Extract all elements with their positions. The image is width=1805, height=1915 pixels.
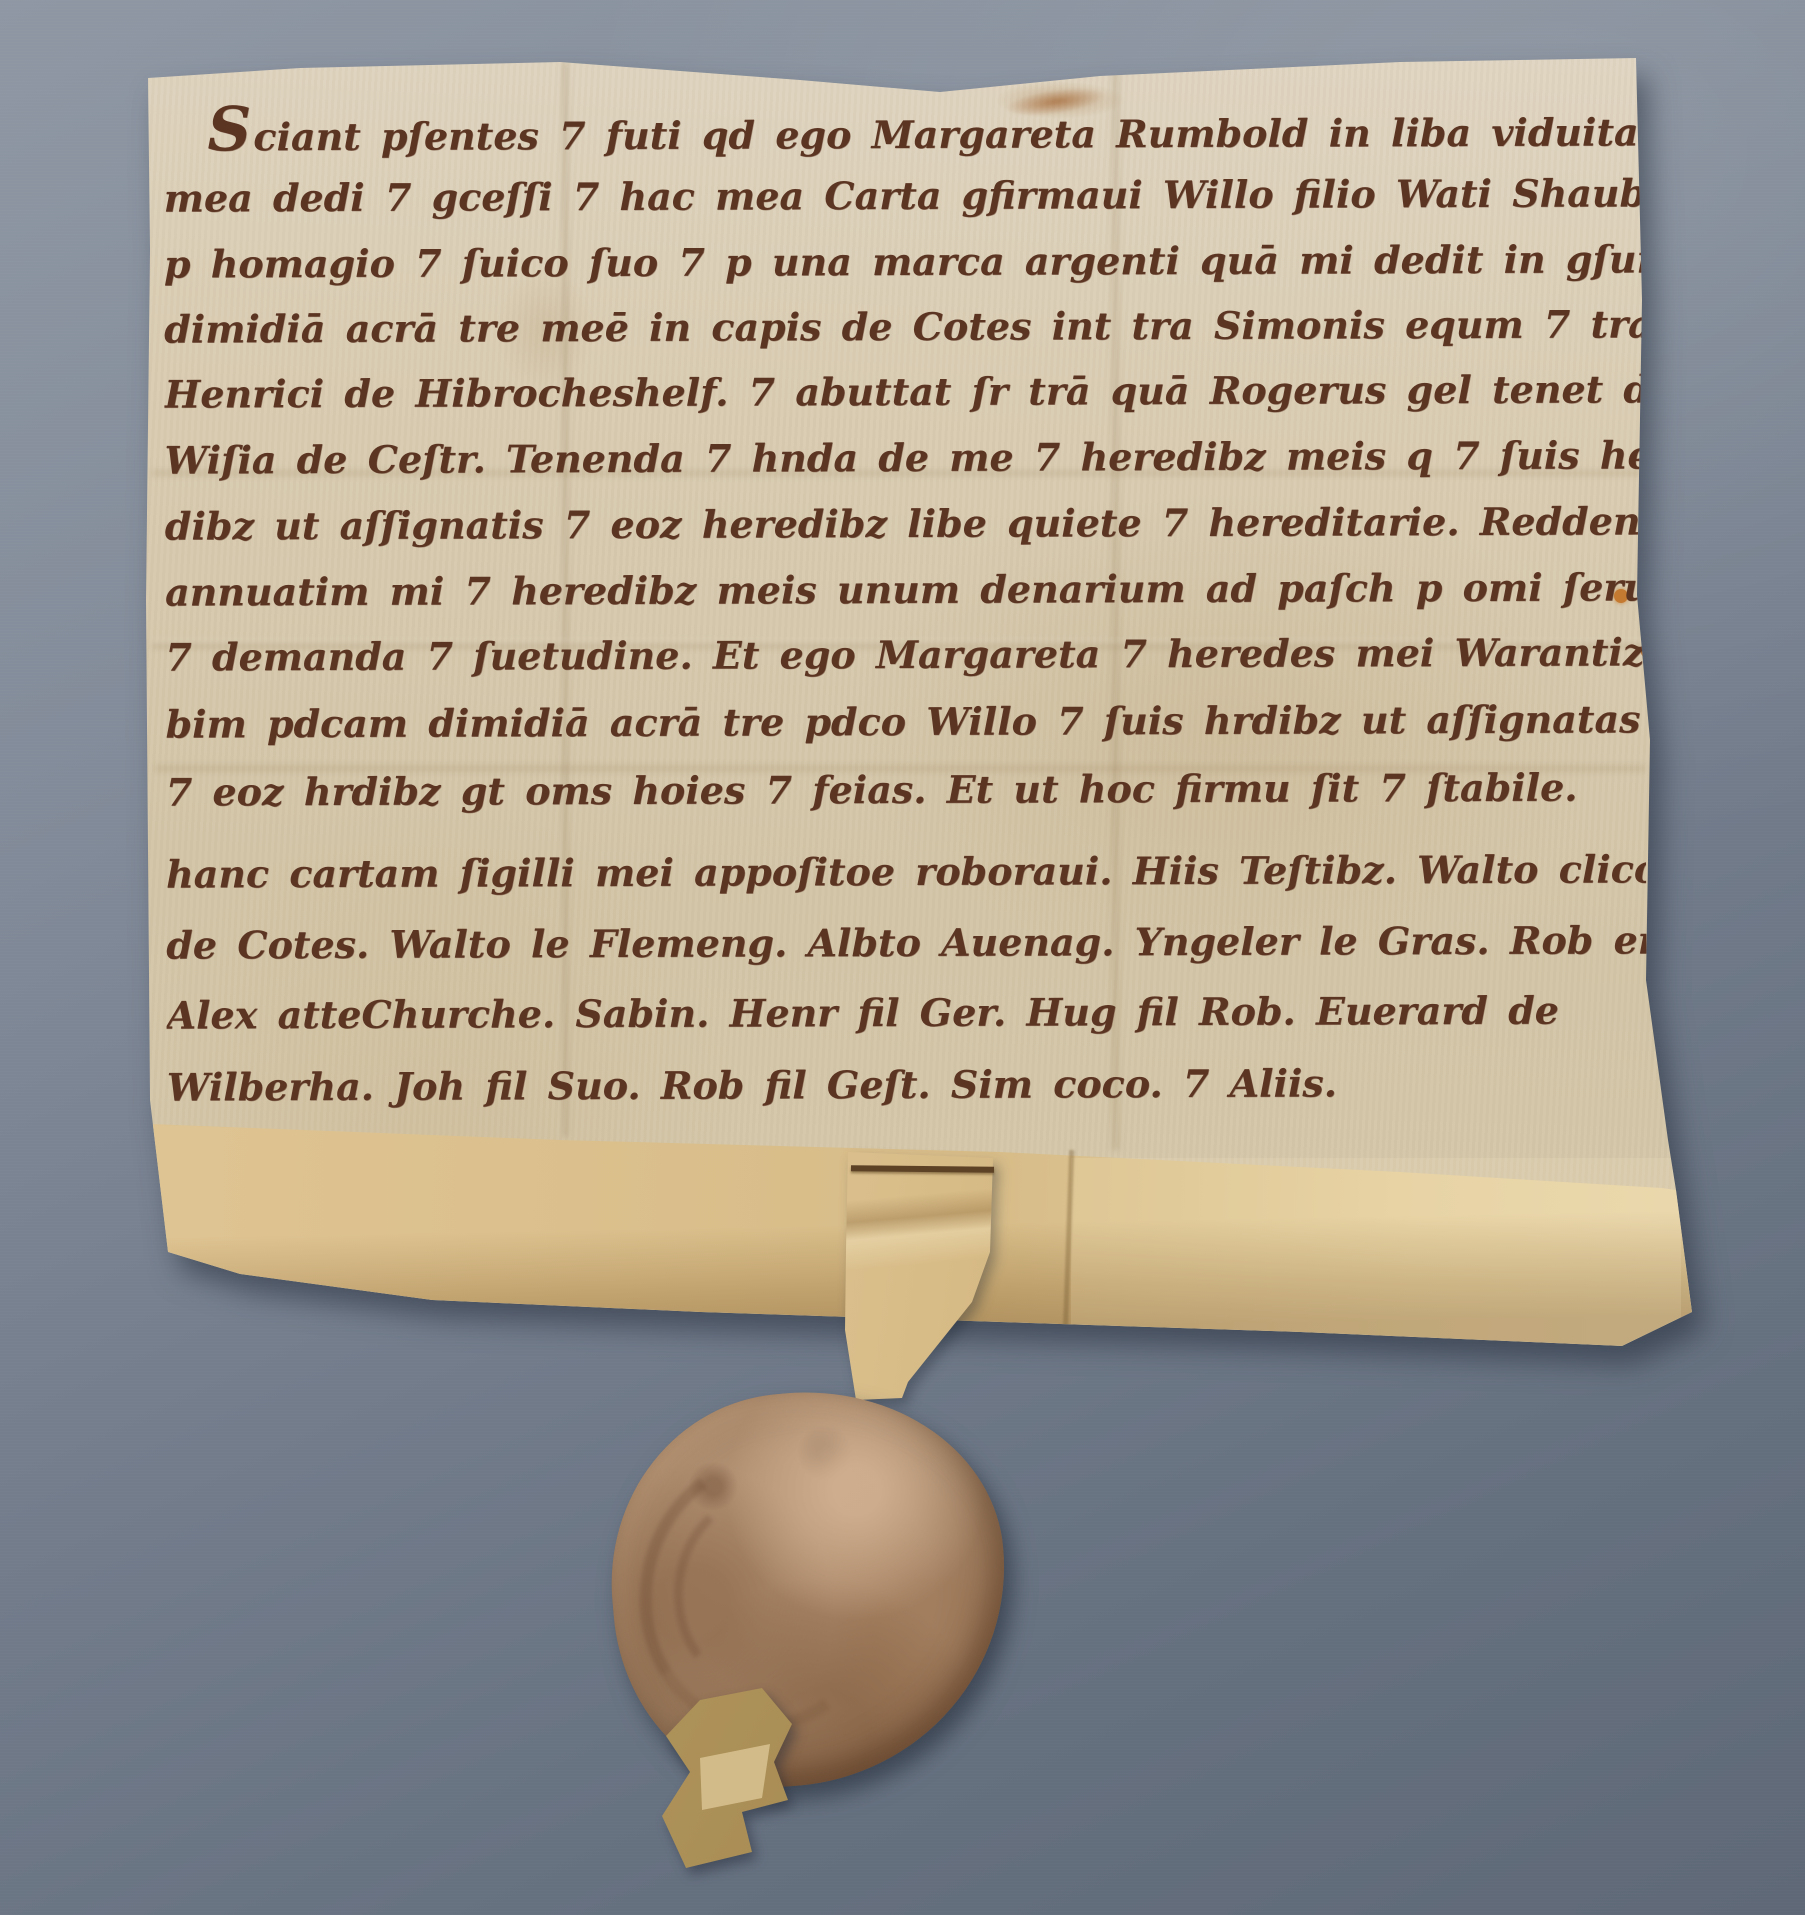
seal-tag-tail [0, 0, 1805, 1915]
seal-tag-tail-fold [0, 0, 1805, 1915]
photo-background: Sciant pſentes 7 futi qd ego Margareta R… [0, 0, 1805, 1915]
seal-tag-tail-strip [0, 0, 1805, 1915]
